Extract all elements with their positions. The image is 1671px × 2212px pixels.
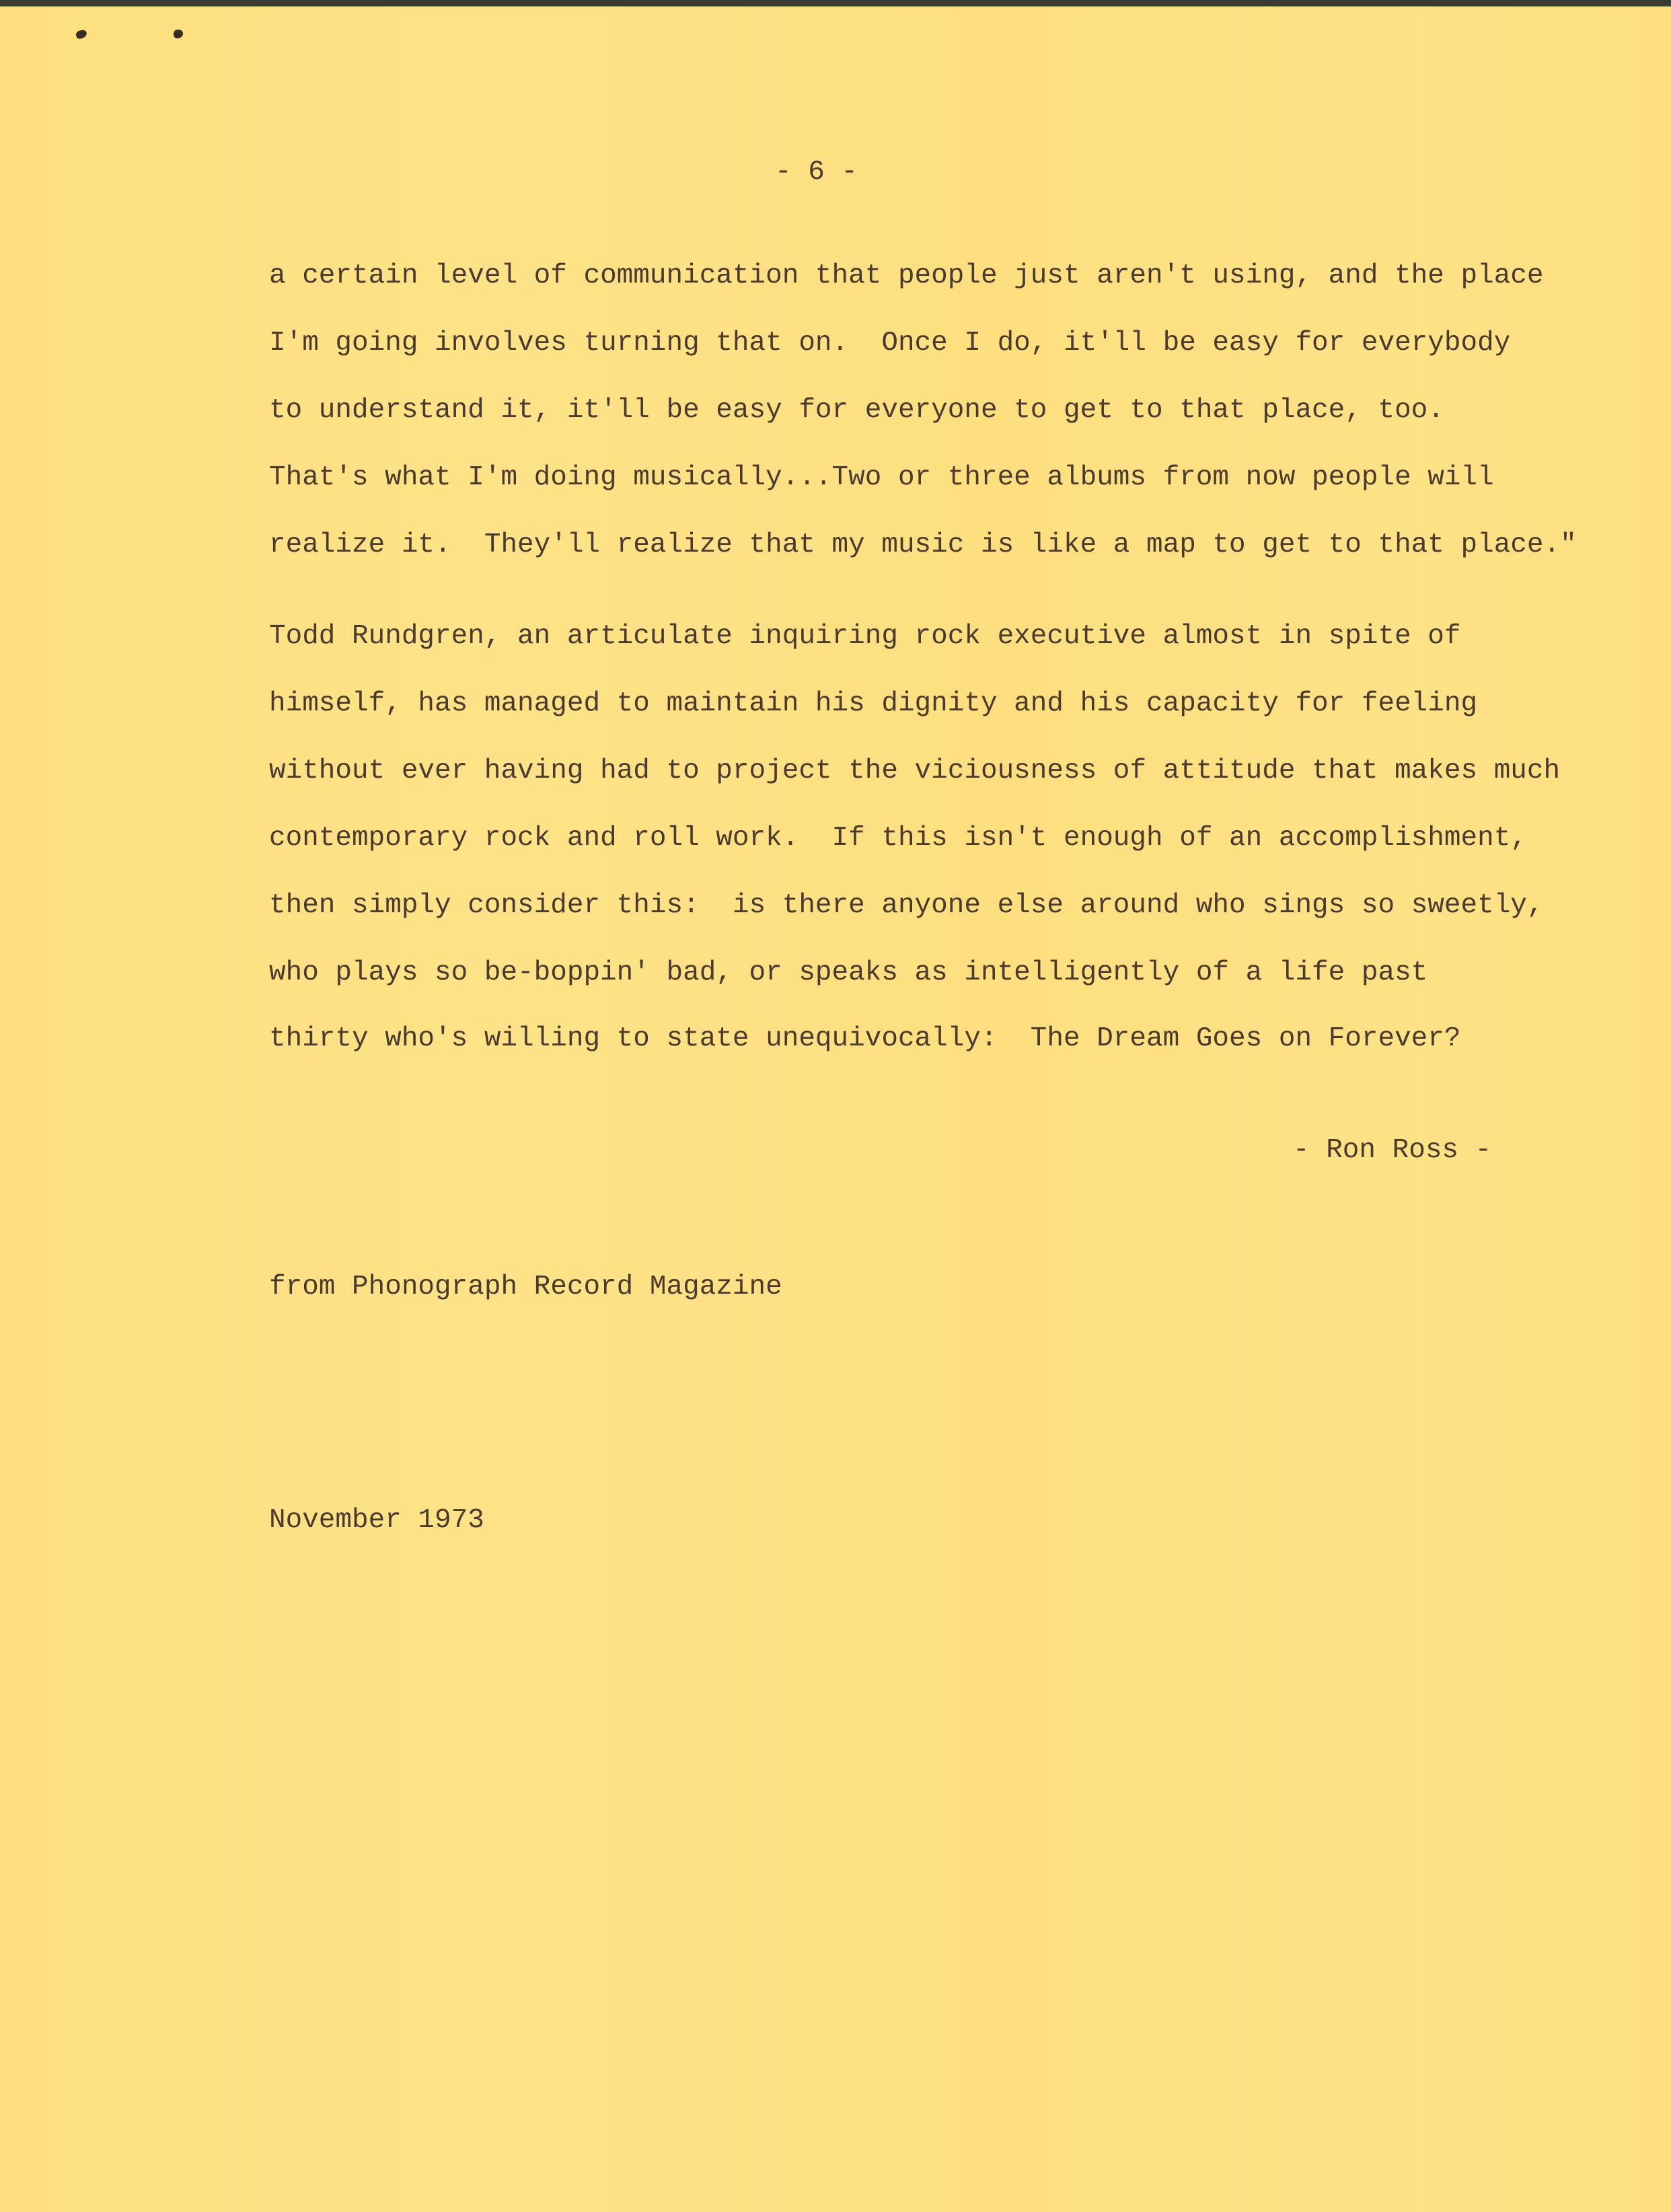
text-line: a certain level of communication that pe… (269, 262, 1544, 290)
page-number: - 6 - (775, 159, 858, 186)
publication-date: November 1973 (269, 1507, 484, 1535)
text-line: without ever having had to project the v… (269, 758, 1560, 785)
text-line: contemporary rock and roll work. If this… (269, 825, 1527, 852)
scan-top-edge (0, 0, 1671, 7)
text-line: who plays so be-boppin' bad, or speaks a… (269, 959, 1427, 987)
text-line: realize it. They'll realize that my musi… (269, 531, 1577, 559)
text-line: Todd Rundgren, an articulate inquiring r… (269, 623, 1461, 651)
text-line: I'm going involves turning that on. Once… (269, 330, 1510, 357)
text-line: That's what I'm doing musically...Two or… (269, 464, 1494, 492)
text-line: to understand it, it'll be easy for ever… (269, 397, 1444, 425)
source-credit: from Phonograph Record Magazine (269, 1274, 782, 1301)
text-line: himself, has managed to maintain his dig… (269, 690, 1477, 718)
text-line: thirty who's willing to state unequivoca… (269, 1025, 1461, 1053)
author-signature: - Ron Ross - (1293, 1137, 1491, 1165)
text-line: then simply consider this: is there anyo… (269, 892, 1544, 920)
